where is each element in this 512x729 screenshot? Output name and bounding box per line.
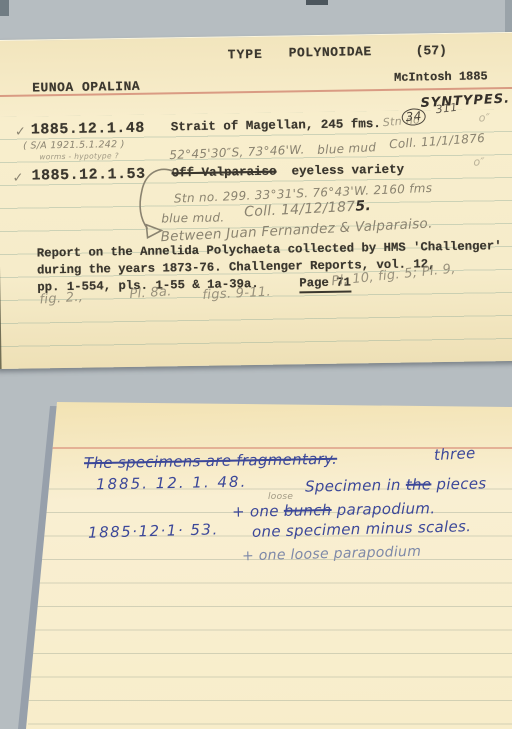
syntypes-annotation: SYNTYPES. — [420, 91, 510, 111]
family-name: POLYNOIDAE — [289, 44, 372, 60]
scan-mark — [505, 0, 512, 34]
condition-note: Specimen in the pieces — [305, 474, 487, 495]
pencil-ref-subnote: worms - hypotype ? — [39, 151, 119, 161]
checkmark: ✓ — [15, 125, 26, 140]
scanned-card-image: TYPE POLYNOIDAE (57) EUNOA OPALINA McInt… — [0, 0, 512, 729]
count-addition-note: three — [434, 444, 476, 464]
checkmark: ✓ — [13, 171, 24, 186]
author-citation: McIntosh 1885 — [394, 69, 488, 84]
struck-word: bunch — [284, 501, 332, 520]
scan-mark — [306, 0, 328, 5]
later-reg-pencil-ref: ( S/A 1921.5.1.242 ) — [23, 139, 125, 152]
plate-figure-note: Pl. 8a. — [129, 284, 172, 302]
substrate-note: blue mud. — [161, 210, 224, 225]
card-number: (57) — [416, 43, 447, 58]
circled-station-number: 34 — [401, 108, 426, 127]
pencil-margin-mark: o″ — [473, 155, 485, 168]
registration-number: 1885.12.1.48 — [31, 120, 145, 139]
type-status-label: TYPE — [228, 47, 263, 63]
pencil-correction-above: loose — [268, 492, 293, 502]
pencil-margin-mark: o″ — [479, 111, 491, 124]
variety-text: eyeless variety — [291, 163, 404, 179]
scan-mark — [0, 0, 9, 16]
registration-number: 1885·12·1· 53. — [88, 520, 219, 541]
catalogue-card-front: TYPE POLYNOIDAE (57) EUNOA OPALINA McInt… — [0, 32, 512, 369]
registration-number: 1885.12.1.53 — [31, 166, 145, 185]
species-name: EUNOA OPALINA — [32, 79, 140, 96]
plate-figure-note: fig. 2., — [39, 290, 84, 308]
locality-struck-text: Off Valparaiso — [171, 165, 276, 181]
substrate-note: blue mud — [317, 140, 377, 157]
registration-number: 1885. 12. 1. 48. — [96, 473, 248, 494]
struck-word: the — [406, 475, 432, 493]
overwritten-digit: 5. — [355, 198, 371, 215]
parapodium-note: + one bunch parapodium. — [232, 499, 436, 521]
catalogue-card-back: The specimens are fragmentary. three 188… — [0, 400, 512, 729]
station-superscript: 311 — [435, 101, 458, 117]
